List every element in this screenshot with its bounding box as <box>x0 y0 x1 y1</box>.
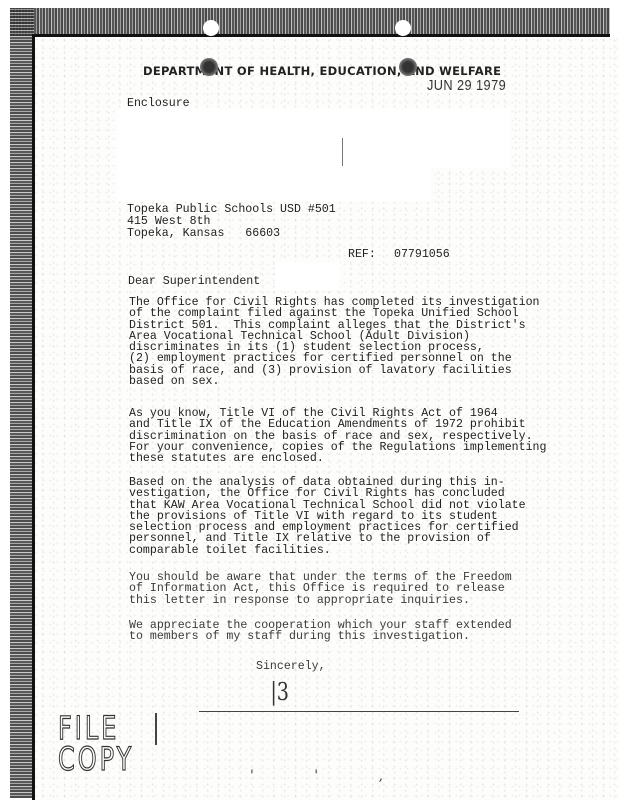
punch-hole-icon <box>395 20 411 36</box>
text-line: this letter in response to appropriate i… <box>129 595 512 606</box>
redacted-block <box>118 108 510 168</box>
body-paragraph: As you know, Title VI of the Civil Right… <box>129 408 546 464</box>
date-stamp: JUN 29 1979 <box>427 77 506 94</box>
body-paragraph: You should be aware that under the terms… <box>129 572 512 606</box>
text-line: comparable toilet facilities. <box>129 545 526 556</box>
stamp-bar <box>155 713 157 745</box>
scan-frame-top <box>10 8 610 36</box>
body-paragraph: Based on the analysis of data obtained d… <box>129 477 526 556</box>
scan-frame-edge-top <box>34 34 610 37</box>
addressee-city-state-zip: Topeka, Kansas 66603 <box>127 228 280 239</box>
ink-blot-icon <box>399 58 417 76</box>
redaction-edge <box>342 138 343 166</box>
reference-number: 07791056 <box>394 249 450 260</box>
addressee-street: 415 West 8th <box>127 216 211 227</box>
redacted-block <box>118 166 430 202</box>
ink-blot-icon <box>200 58 218 76</box>
file-copy-stamp-line2: COPY <box>58 744 134 774</box>
stray-marks: ' ' , <box>250 768 411 784</box>
text-line: vestigation, the Office for Civil Rights… <box>129 488 526 499</box>
closing: Sincerely, <box>256 661 326 672</box>
text-line: based on sex. <box>129 376 540 387</box>
reference-label: REF: <box>348 249 376 260</box>
signature-line <box>199 711 519 712</box>
text-line: these statutes are enclosed. <box>129 453 546 464</box>
salutation: Dear Superintendent <box>128 276 260 287</box>
text-line: to members of my staff during this inves… <box>129 631 512 642</box>
scan-frame-edge-left <box>32 34 35 800</box>
redacted-block <box>275 262 340 290</box>
signature-mark: |3 <box>270 678 289 706</box>
text-line: and Title IX of the Education Amendments… <box>129 419 546 430</box>
body-paragraph: The Office for Civil Rights has complete… <box>129 297 540 387</box>
punch-hole-icon <box>203 20 219 36</box>
addressee-name: Topeka Public Schools USD #501 <box>127 204 336 215</box>
file-copy-stamp-line1: FILE <box>58 713 119 743</box>
agency-letterhead: DEPARTMENT OF HEALTH, EDUCATION, AND WEL… <box>143 64 501 78</box>
body-paragraph: We appreciate the cooperation which your… <box>129 620 512 643</box>
text-line: of the complaint filed against the Topek… <box>129 308 540 319</box>
text-line: of Information Act, this Office is requi… <box>129 583 512 594</box>
scan-frame-left <box>10 8 34 798</box>
